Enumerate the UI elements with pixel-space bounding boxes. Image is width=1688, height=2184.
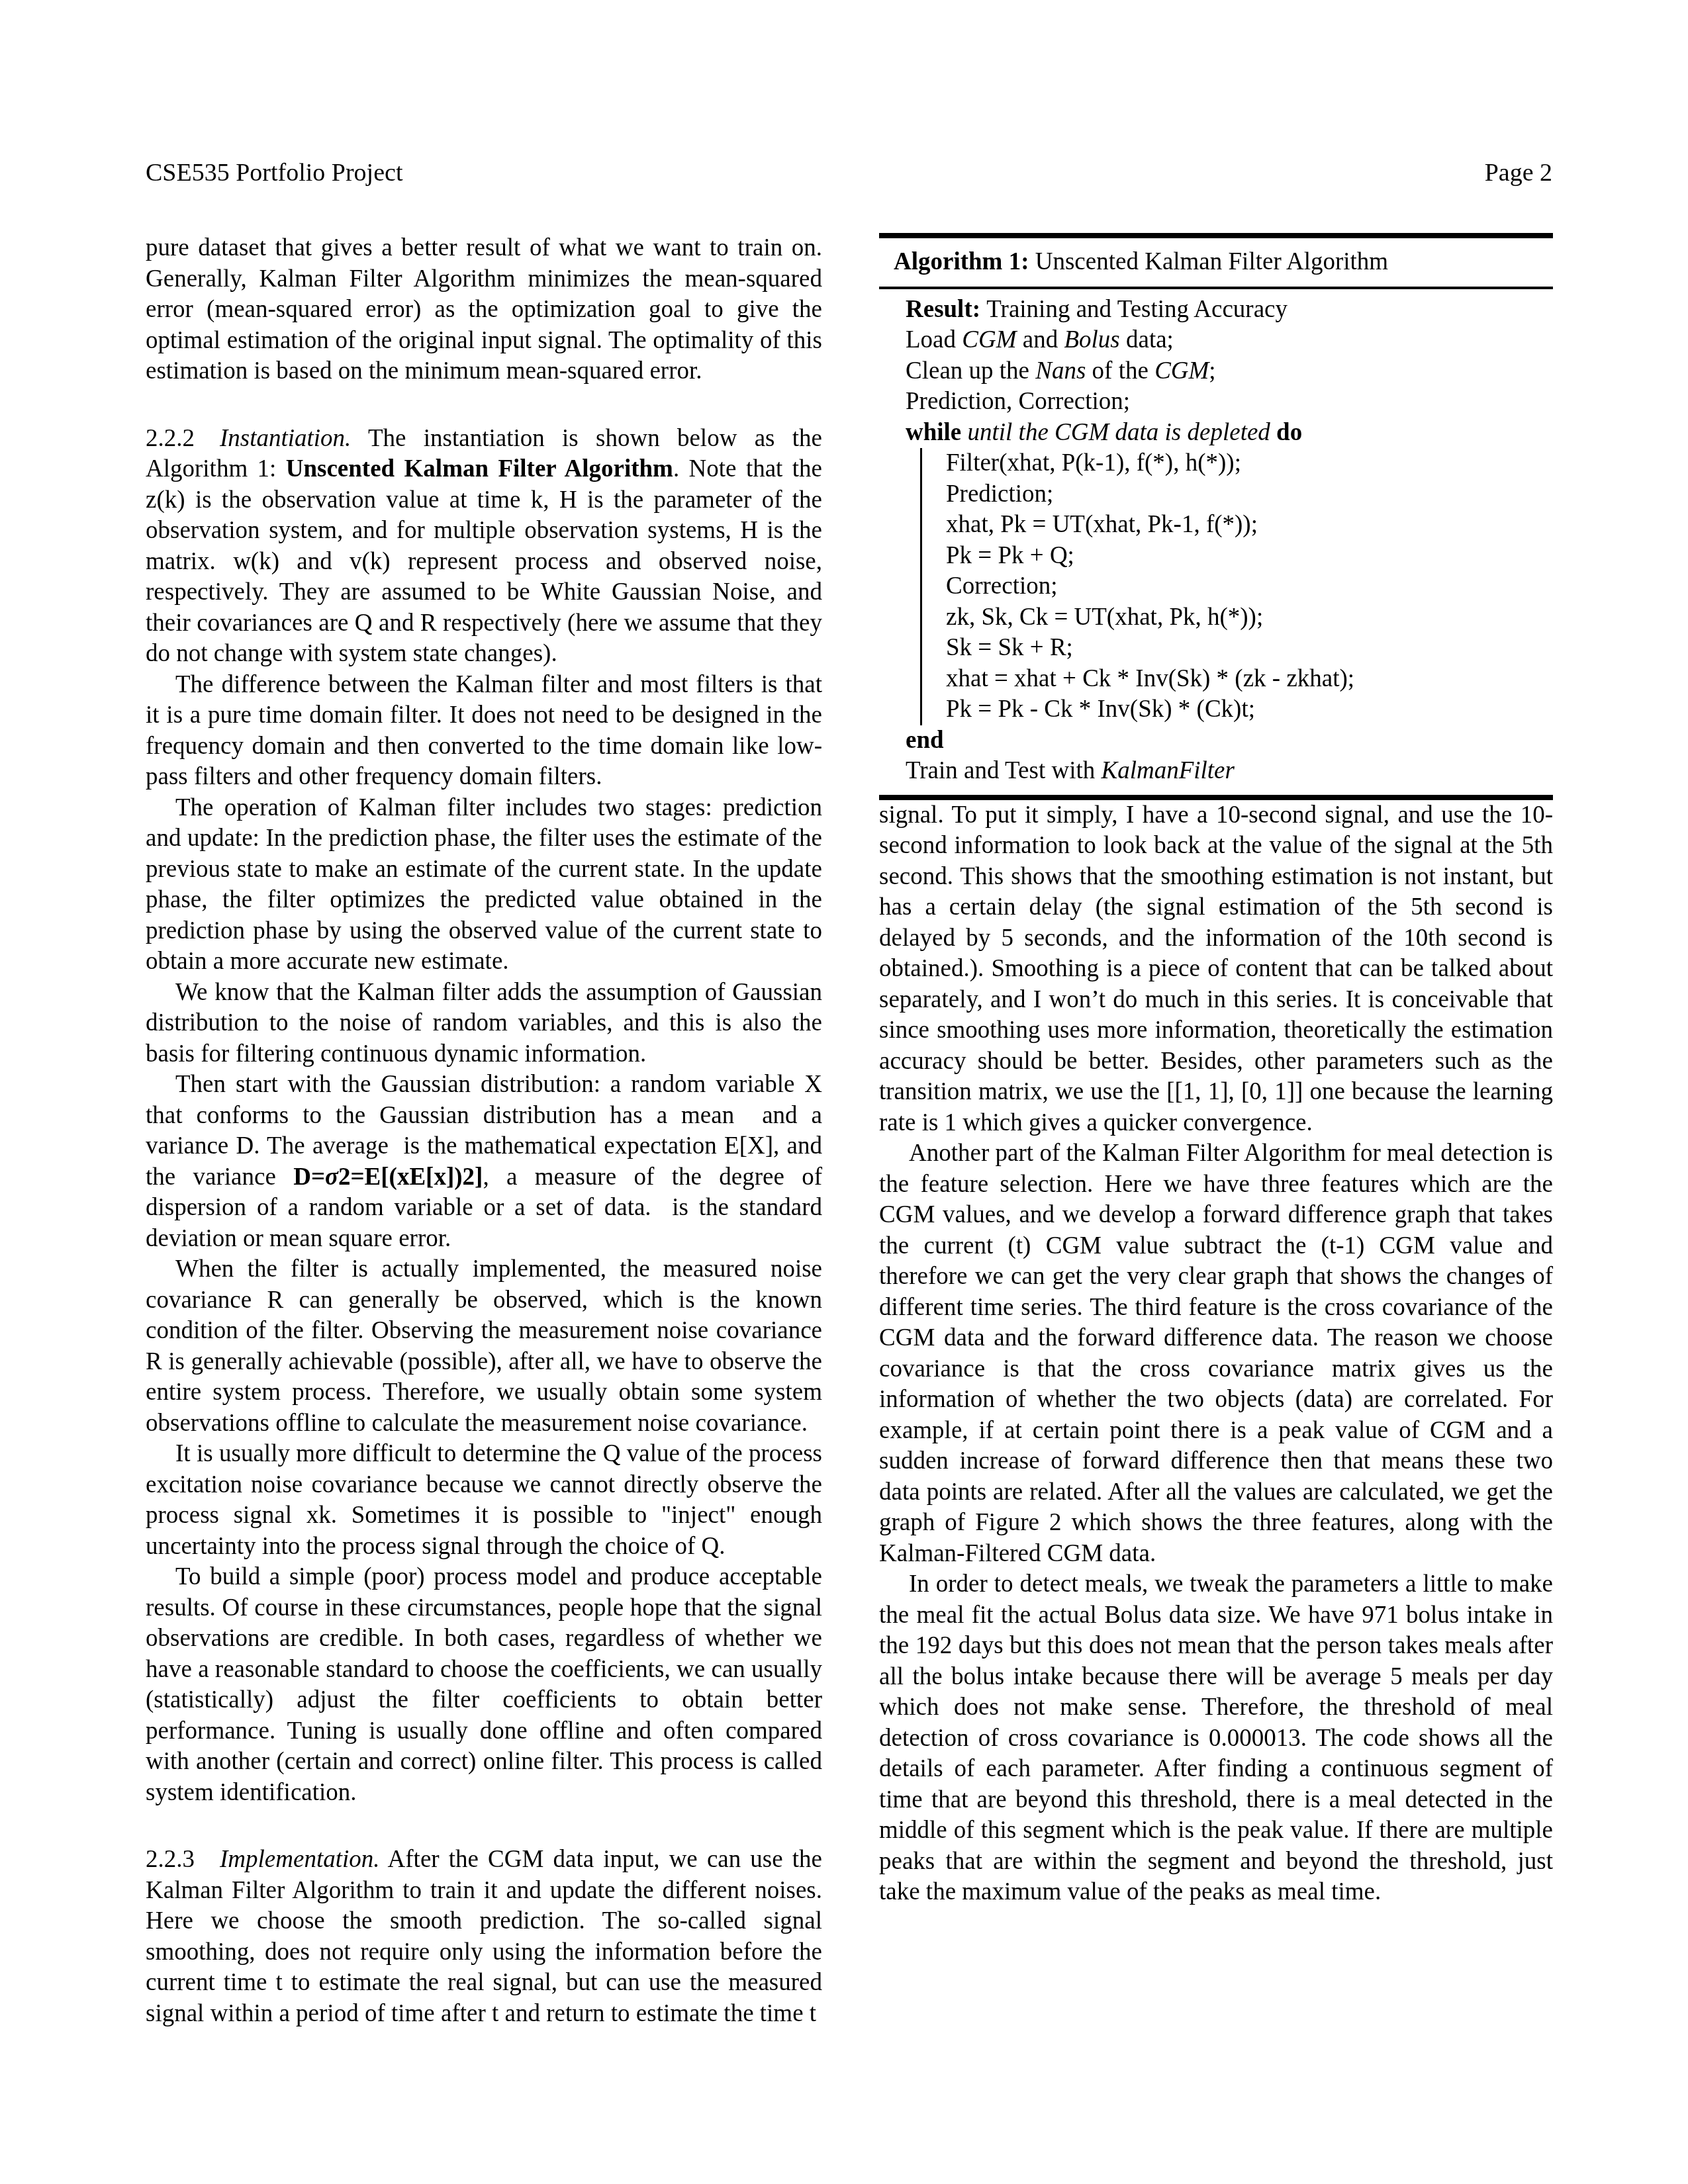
paragraph: To build a simple (poor) process model a… (146, 1562, 822, 1808)
algorithm-statement: Pk = Pk + Q; (946, 541, 1546, 572)
algorithm-result-line: Result: Training and Testing Accuracy (906, 295, 1546, 326)
section-2-2-2-instantiation: 2.2.2Instantiation. The instantiation is… (146, 424, 822, 670)
algorithm-body: Result: Training and Testing Accuracy Lo… (879, 289, 1553, 795)
paragraph-continuation: signal. To put it simply, I have a 10-se… (879, 800, 1553, 1139)
algorithm-statement: xhat, Pk = UT(xhat, Pk-1, f(*)); (946, 510, 1546, 541)
section-2-2-3-implementation: 2.2.3Implementation. After the CGM data … (146, 1844, 822, 2029)
algorithm-load-line: Load CGM and Bolus data; (906, 325, 1546, 356)
paragraph: In order to detect meals, we tweak the p… (879, 1569, 1553, 1908)
algorithm-prediction-correction-line: Prediction, Correction; (906, 387, 1546, 418)
algorithm-1-box: Algorithm 1: Unscented Kalman Filter Alg… (879, 233, 1553, 800)
algorithm-while-line: while until the CGM data is depleted do (906, 418, 1546, 449)
algorithm-statement: Filter(xhat, P(k-1), f(*), h(*)); (946, 448, 1546, 479)
paragraph: Then start with the Gaussian distributio… (146, 1069, 822, 1254)
algorithm-statement: zk, Sk, Ck = UT(xhat, Pk, h(*)); (946, 602, 1546, 633)
algorithm-while-block: Filter(xhat, P(k-1), f(*), h(*)); Predic… (920, 448, 1546, 725)
running-header-title: CSE535 Portfolio Project (146, 158, 402, 188)
algorithm-statement: Pk = Pk - Ck * Inv(Sk) * (Ck)t; (946, 694, 1546, 725)
column-left: pure dataset that gives a better result … (146, 233, 822, 2029)
algorithm-train-test-line: Train and Test with KalmanFilter (906, 756, 1546, 787)
algorithm-clean-line: Clean up the Nans of the CGM; (906, 356, 1546, 387)
algorithm-end-line: end (906, 725, 1546, 756)
paper-page: CSE535 Portfolio Project Page 2 pure dat… (0, 0, 1688, 2184)
column-right: Algorithm 1: Unscented Kalman Filter Alg… (879, 233, 1553, 1908)
paragraph: We know that the Kalman filter adds the … (146, 978, 822, 1070)
paragraph-continuation: pure dataset that gives a better result … (146, 233, 822, 387)
paragraph: The difference between the Kalman filter… (146, 670, 822, 793)
algorithm-statement: Prediction; (946, 479, 1546, 510)
algorithm-statement: xhat = xhat + Ck * Inv(Sk) * (zk - zkhat… (946, 664, 1546, 695)
page-number: Page 2 (1485, 158, 1552, 188)
algorithm-statement: Correction; (946, 571, 1546, 602)
algorithm-title: Algorithm 1: Unscented Kalman Filter Alg… (879, 238, 1553, 289)
algorithm-statement: Sk = Sk + R; (946, 633, 1546, 664)
paragraph: When the filter is actually implemented,… (146, 1254, 822, 1439)
paragraph: It is usually more difficult to determin… (146, 1439, 822, 1562)
paragraph: The operation of Kalman filter includes … (146, 793, 822, 978)
paragraph: Another part of the Kalman Filter Algori… (879, 1138, 1553, 1569)
